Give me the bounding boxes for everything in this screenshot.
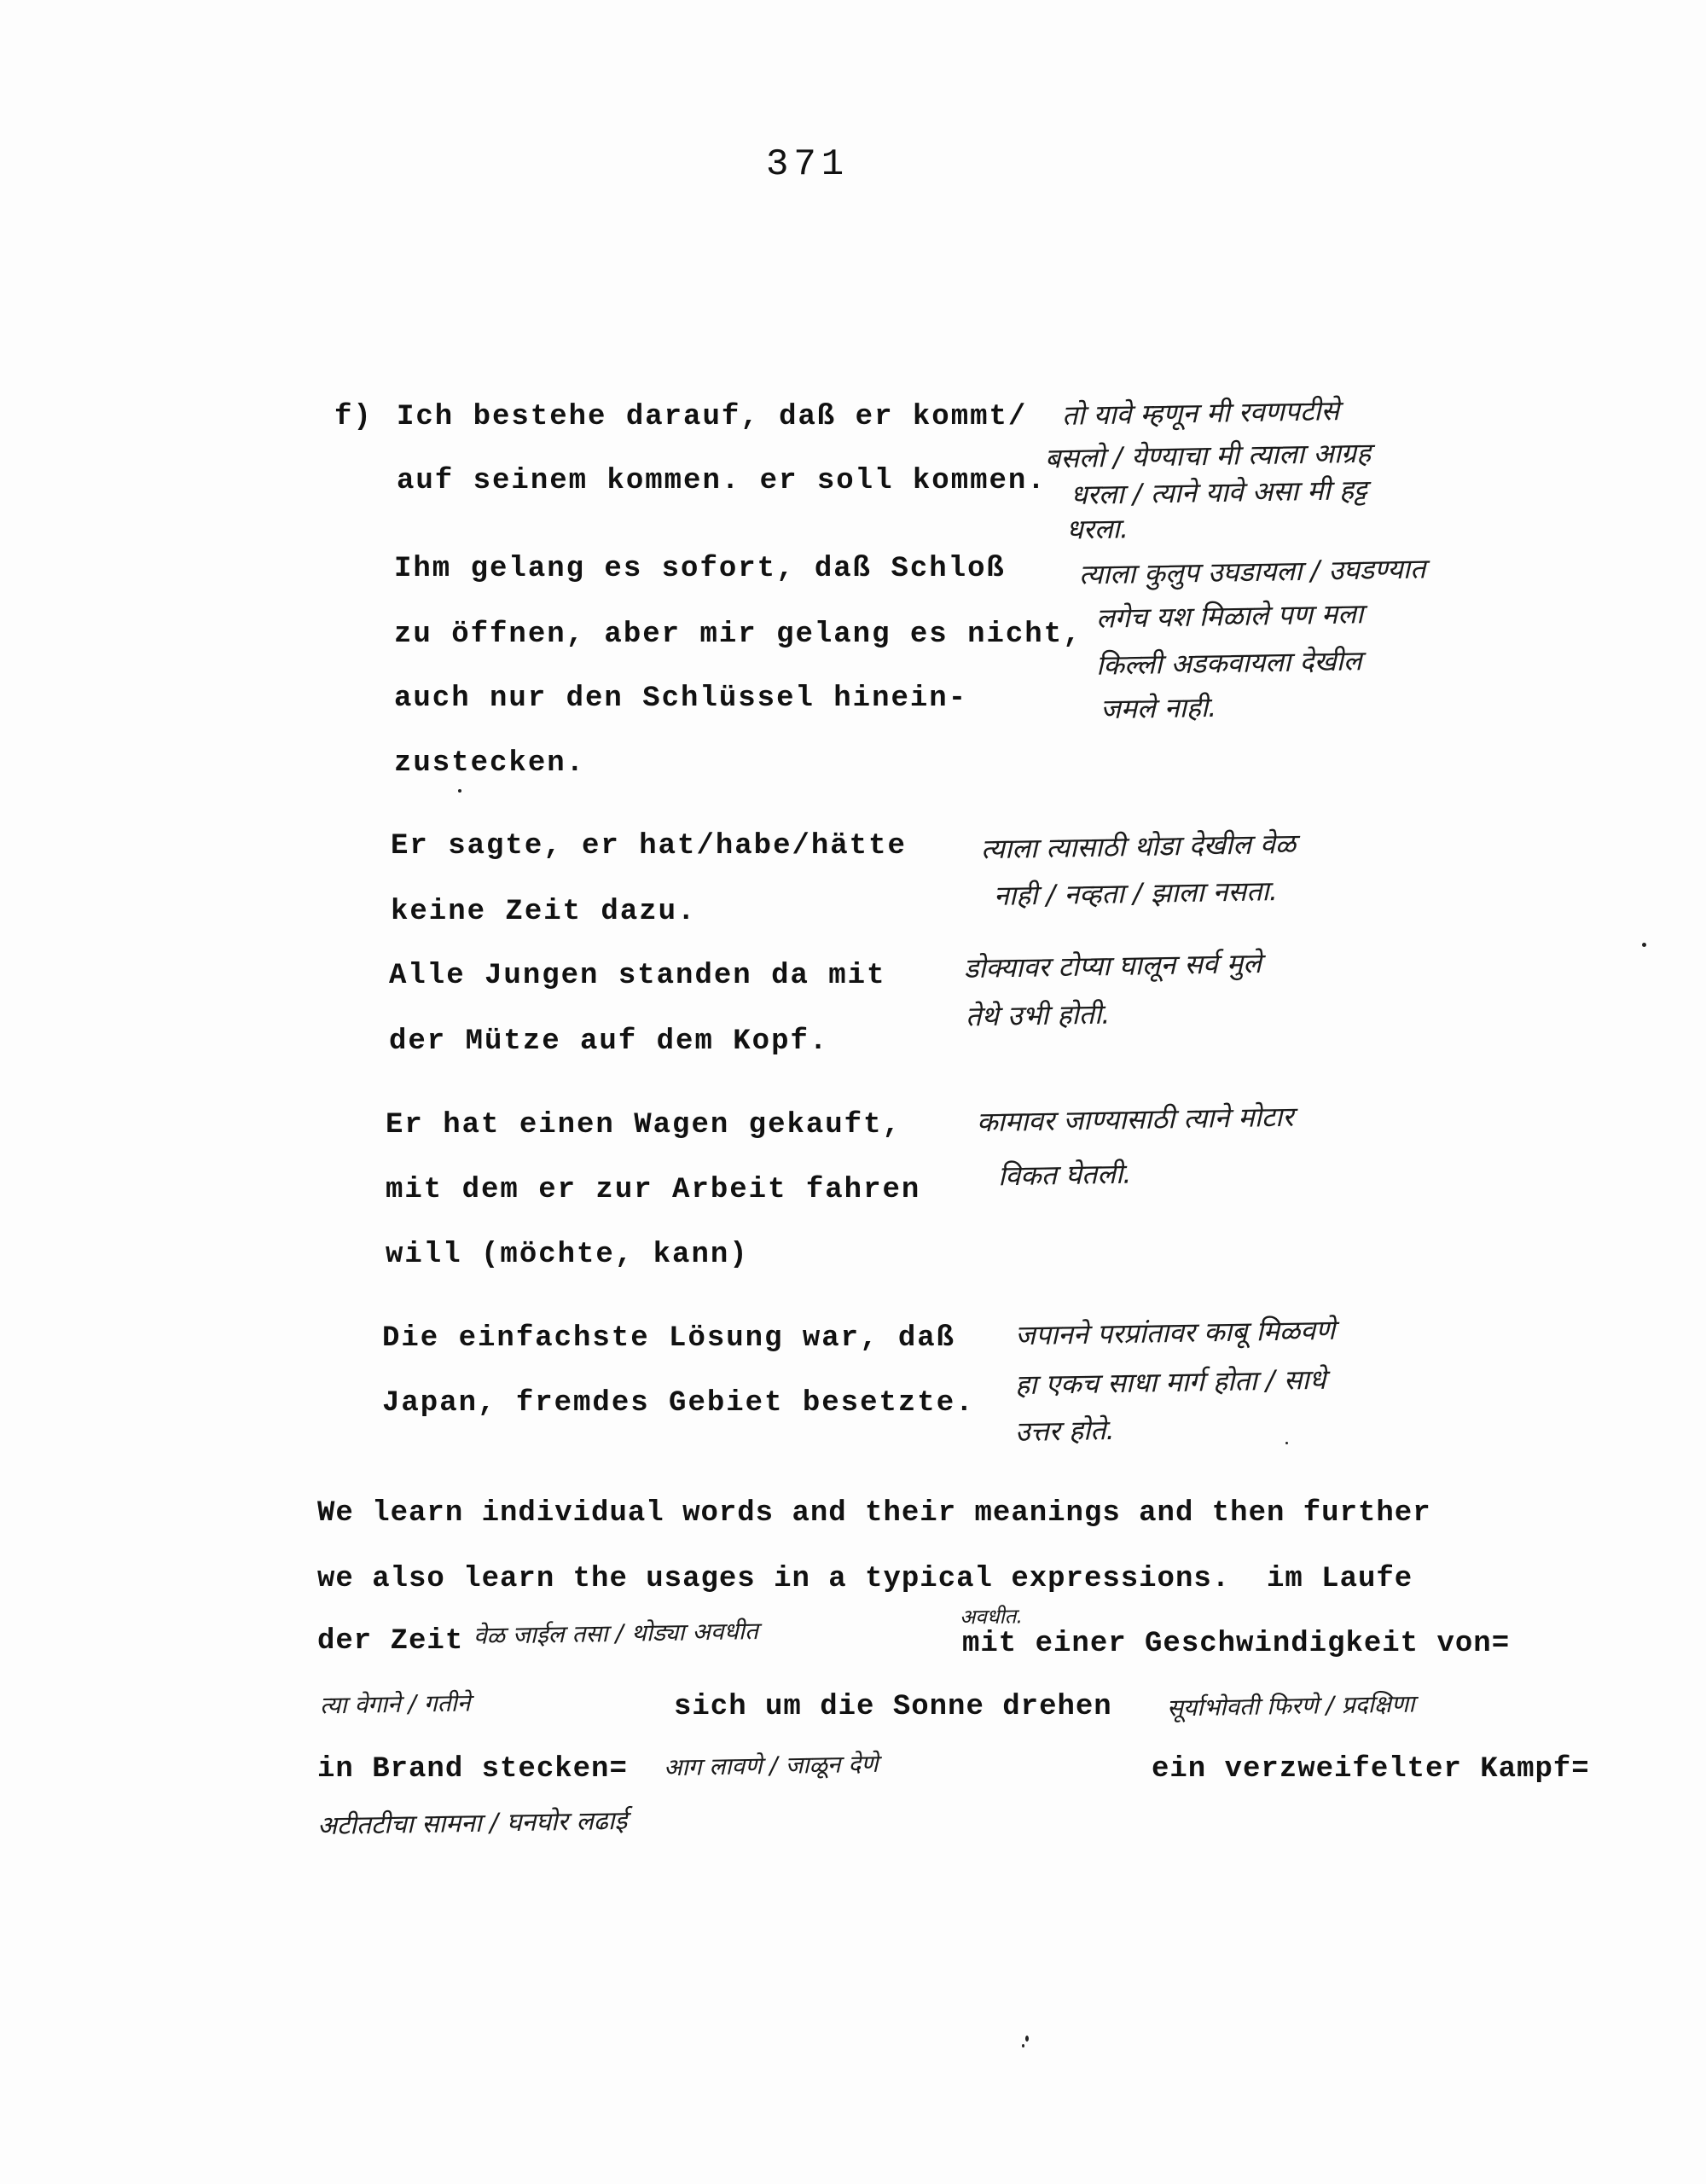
typed-line: auf seinem kommen. er soll kommen.: [397, 465, 1047, 497]
paragraph-text: mit einer Geschwindigkeit von=: [962, 1628, 1510, 1660]
page-number: 371: [766, 143, 849, 186]
paragraph-line: We learn individual words and their mean…: [317, 1497, 1431, 1530]
handwritten-note: किल्ली अडकवायला देखील: [1096, 642, 1362, 682]
handwritten-note: बसलो / येण्याचा मी त्याला आग्रह: [1045, 434, 1372, 477]
paragraph-text: ein verzweifelter Kampf=: [1152, 1753, 1590, 1786]
handwritten-note: कामावर जाण्यासाठी त्याने मोटार: [977, 1098, 1294, 1140]
typed-line: auch nur den Schlüssel hinein-: [394, 682, 967, 715]
typed-line: mit dem er zur Arbeit fahren: [386, 1174, 920, 1206]
paragraph-text: in Brand stecken=: [317, 1753, 628, 1786]
handwritten-note: तेथे उभी होती.: [966, 996, 1111, 1035]
handwritten-note: उत्तर होते.: [1015, 1411, 1115, 1449]
scan-speck: [1285, 1442, 1288, 1444]
typed-line: Ihm gelang es sofort, daß Schloß: [394, 553, 1006, 585]
typed-line: Japan, fremdes Gebiet besetzte.: [382, 1387, 975, 1420]
typed-line: Er hat einen Wagen gekauft,: [386, 1109, 902, 1141]
handwritten-note: सूर्याभोवती फिरणे / प्रदक्षिणा: [1167, 1687, 1415, 1723]
section-label: f): [334, 401, 373, 433]
typed-line: Er sagte, er hat/habe/hätte: [391, 830, 907, 863]
typed-line: zu öffnen, aber mir gelang es nicht,: [394, 619, 1082, 651]
handwritten-note: लगेच यश मिळाले पण मला: [1096, 595, 1364, 636]
handwritten-note: अवधीत.: [960, 1601, 1024, 1630]
typed-line: will (möchte, kann): [386, 1239, 749, 1271]
handwritten-note: धरला / त्याने यावे असा मी हट्ट: [1071, 471, 1367, 513]
handwritten-note: धरला.: [1066, 509, 1129, 547]
typed-line: Ich bestehe darauf, daß er kommt/: [397, 401, 1027, 433]
handwritten-note: डोक्यावर टोप्या घालून सर्व मुले: [964, 944, 1262, 986]
paragraph-text: sich um die Sonne drehen: [674, 1691, 1112, 1723]
handwritten-note: हा एकच साधा मार्ग होता / साधे: [1015, 1361, 1326, 1403]
handwritten-note: वेळ जाईल तसा / थोड्या अवधीत: [473, 1614, 759, 1652]
handwritten-note: त्याला कुलुप उघडायला / उघडण्यात: [1079, 549, 1426, 592]
handwritten-note: नाही / नव्हता / झाला नसता.: [994, 872, 1279, 914]
handwritten-note: आग लावणे / जाळून देणे: [664, 1747, 879, 1783]
handwritten-note: अटीतटीचा सामना / घनघोर लढाई: [317, 1802, 628, 1842]
handwritten-note: त्या वेगाने / गतीने: [320, 1686, 471, 1721]
typed-line: keine Zeit dazu.: [391, 896, 696, 928]
scanned-page: 371 f) Ich bestehe darauf, daß er kommt/…: [0, 0, 1706, 2184]
handwritten-note: विकत घेतली.: [998, 1155, 1132, 1194]
scan-speck: [1642, 943, 1646, 947]
typed-line: der Mütze auf dem Kopf.: [389, 1025, 828, 1058]
scan-speck: [1025, 2036, 1029, 2042]
scan-speck: [1022, 2044, 1024, 2047]
scan-speck: [458, 789, 461, 793]
handwritten-note: जमले नाही.: [1100, 688, 1217, 727]
paragraph-line: we also learn the usages in a typical ex…: [317, 1563, 1413, 1595]
typed-line: Alle Jungen standen da mit: [389, 960, 886, 992]
handwritten-note: त्याला त्यासाठी थोडा देखील वेळ: [981, 825, 1297, 867]
typed-line: zustecken.: [394, 747, 585, 780]
paragraph-text: der Zeit: [317, 1625, 463, 1658]
typed-line: Die einfachste Lösung war, daß: [382, 1322, 955, 1355]
handwritten-note: तो यावे म्हणून मी रवणपटीसे: [1062, 392, 1340, 433]
handwritten-note: जपानने परप्रांतावर काबू मिळवणे: [1015, 1311, 1336, 1354]
